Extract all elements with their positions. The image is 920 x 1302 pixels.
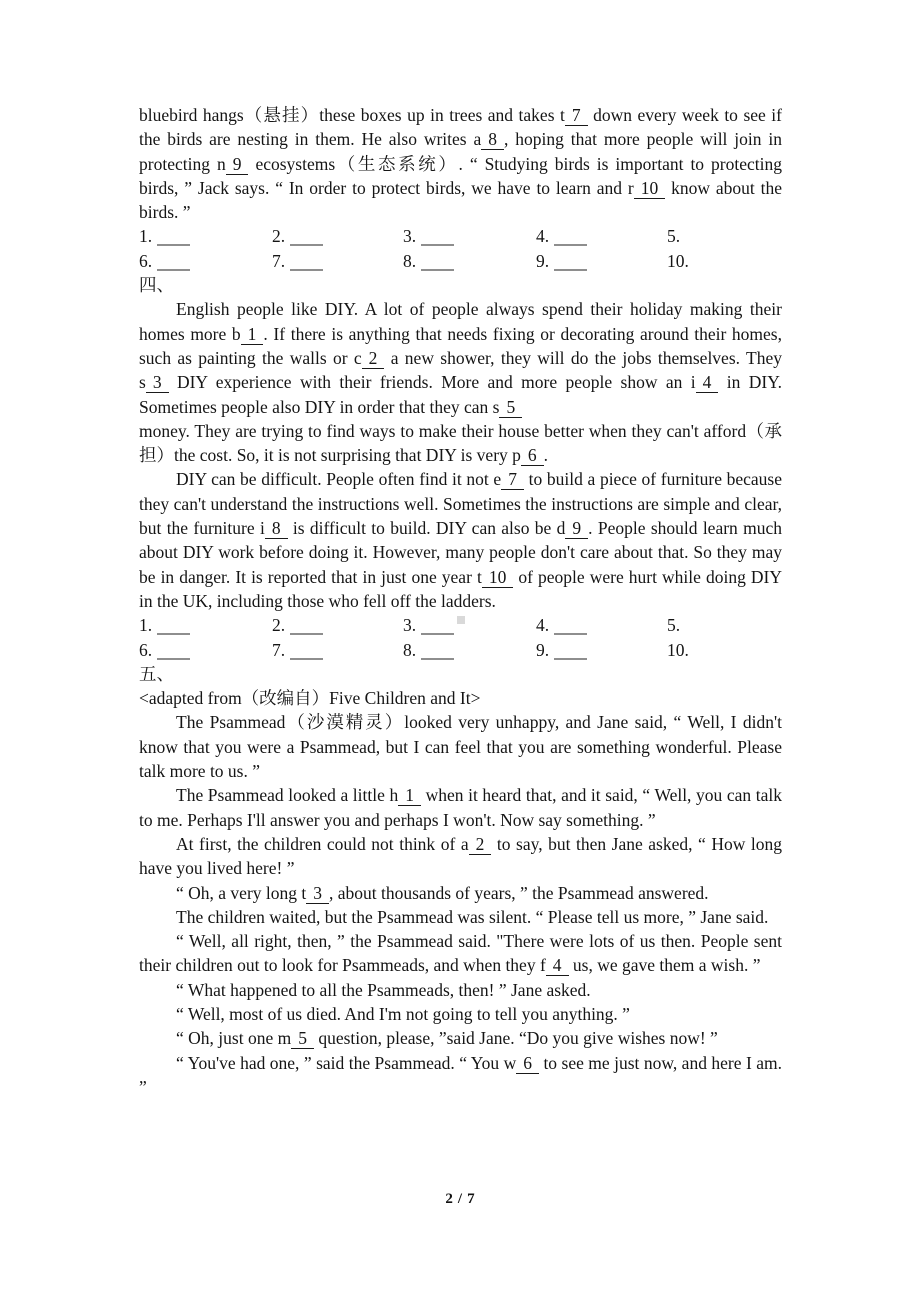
- cloze-blank: 10: [482, 567, 514, 588]
- page-number-separator: /: [458, 1191, 462, 1207]
- answer-slot: 1.: [139, 224, 272, 248]
- answer-number: 6.: [139, 640, 152, 660]
- paragraph: money. They are trying to find ways to m…: [139, 419, 782, 468]
- answer-number: 7.: [272, 640, 285, 660]
- answer-blank-line: [290, 622, 323, 635]
- cloze-blank: 7: [501, 469, 524, 490]
- paragraph: The Psammead looked a little h1 when it …: [139, 783, 782, 832]
- answer-slot: 8.: [403, 638, 536, 662]
- paragraph: “ Oh, a very long t3, about thousands of…: [139, 881, 782, 905]
- cloze-blank: 4: [546, 955, 569, 976]
- answer-row: 1.2.3.4.5.6.7.8.9.10.: [139, 613, 782, 662]
- cloze-blank: 8: [481, 129, 504, 150]
- answer-slot: 8.: [403, 249, 536, 273]
- paragraph: English people like DIY. A lot of people…: [139, 297, 782, 418]
- answer-slot: 1.: [139, 613, 272, 637]
- answer-slot: 6.: [139, 638, 272, 662]
- answer-number: 1.: [139, 615, 152, 635]
- paragraph: “ What happened to all the Psammeads, th…: [139, 978, 782, 1002]
- answer-slot: 9.: [536, 249, 667, 273]
- paragraph: 四、: [139, 273, 782, 297]
- paragraph: <adapted from（改编自）Five Children and It>: [139, 686, 782, 710]
- cloze-blank: 5: [291, 1028, 314, 1049]
- answer-slot: 2.: [272, 613, 403, 637]
- paragraph: The children waited, but the Psammead wa…: [139, 905, 782, 929]
- answer-number: 9.: [536, 640, 549, 660]
- cloze-blank: 10: [634, 178, 666, 199]
- answer-blank-line: [290, 258, 323, 271]
- answer-slot: 7.: [272, 249, 403, 273]
- answer-row: 1.2.3.4.5.6.7.8.9.10.: [139, 224, 782, 273]
- paragraph: DIY can be difficult. People often find …: [139, 467, 782, 613]
- answer-slot: 9.: [536, 638, 667, 662]
- paragraph: “ Well, all right, then, ” the Psammead …: [139, 929, 782, 978]
- answer-slot: 5.: [667, 224, 782, 248]
- cloze-blank: 1: [398, 785, 421, 806]
- answer-number: 8.: [403, 640, 416, 660]
- answer-number: 2.: [272, 226, 285, 246]
- answer-number: 8.: [403, 251, 416, 271]
- page-number-total: 7: [467, 1191, 475, 1207]
- page-footer: 2/7: [0, 1191, 920, 1208]
- answer-blank-line: [157, 233, 190, 246]
- answer-slot: 10.: [667, 638, 782, 662]
- paragraph: “ Well, most of us died. And I'm not goi…: [139, 1002, 782, 1026]
- paragraph: “ You've had one, ” said the Psammead. “…: [139, 1051, 782, 1100]
- paragraph: bluebird hangs（悬挂）these boxes up in tree…: [139, 103, 782, 224]
- answer-blank-line: [421, 258, 454, 271]
- cloze-blank: 3: [306, 883, 329, 904]
- answer-blank-line: [421, 647, 454, 660]
- answer-number: 2.: [272, 615, 285, 635]
- document-body: bluebird hangs（悬挂）these boxes up in tree…: [139, 103, 782, 1099]
- answer-slot: 2.: [272, 224, 403, 248]
- answer-number: 7.: [272, 251, 285, 271]
- answer-slot: 6.: [139, 249, 272, 273]
- page-number-current: 2: [445, 1191, 453, 1207]
- paragraph: “ Oh, just one m5 question, please, ”sai…: [139, 1026, 782, 1050]
- paragraph: 五、: [139, 662, 782, 686]
- answer-number: 9.: [536, 251, 549, 271]
- answer-blank-line: [421, 622, 454, 635]
- answer-blank-line: [554, 622, 587, 635]
- cloze-blank: 9: [226, 154, 249, 175]
- answer-slot: 3.: [403, 224, 536, 248]
- cloze-blank: 2: [362, 348, 385, 369]
- cloze-blank: 1: [241, 324, 264, 345]
- cloze-blank: 7: [565, 105, 588, 126]
- document-page: bluebird hangs（悬挂）these boxes up in tree…: [0, 0, 920, 1302]
- answer-blank-line: [554, 258, 587, 271]
- scan-artifact: [457, 616, 465, 624]
- answer-number: 5.: [667, 226, 680, 246]
- answer-blank-line: [554, 647, 587, 660]
- answer-slot: 4.: [536, 613, 667, 637]
- answer-number: 10.: [667, 640, 689, 660]
- answer-blank-line: [421, 233, 454, 246]
- answer-blank-line: [290, 233, 323, 246]
- answer-slot: 5.: [667, 613, 782, 637]
- cloze-blank: 6: [521, 445, 544, 466]
- answer-blank-line: [157, 622, 190, 635]
- cloze-blank: 6: [516, 1053, 539, 1074]
- cloze-blank: 8: [265, 518, 288, 539]
- answer-number: 4.: [536, 615, 549, 635]
- cloze-blank: 5: [499, 397, 522, 418]
- answer-number: 3.: [403, 615, 416, 635]
- answer-number: 1.: [139, 226, 152, 246]
- cloze-blank: 2: [469, 834, 492, 855]
- answer-number: 10.: [667, 251, 689, 271]
- answer-slot: 3.: [403, 613, 536, 637]
- answer-slot: 10.: [667, 249, 782, 273]
- answer-blank-line: [157, 647, 190, 660]
- cloze-blank: 9: [565, 518, 588, 539]
- answer-blank-line: [157, 258, 190, 271]
- answer-slot: 7.: [272, 638, 403, 662]
- cloze-blank: 4: [696, 372, 719, 393]
- paragraph: At first, the children could not think o…: [139, 832, 782, 881]
- answer-number: 5.: [667, 615, 680, 635]
- answer-blank-line: [290, 647, 323, 660]
- answer-number: 6.: [139, 251, 152, 271]
- answer-blank-line: [554, 233, 587, 246]
- paragraph: The Psammead（沙漠精灵）looked very unhappy, a…: [139, 710, 782, 783]
- answer-slot: 4.: [536, 224, 667, 248]
- cloze-blank: 3: [146, 372, 169, 393]
- answer-number: 4.: [536, 226, 549, 246]
- answer-number: 3.: [403, 226, 416, 246]
